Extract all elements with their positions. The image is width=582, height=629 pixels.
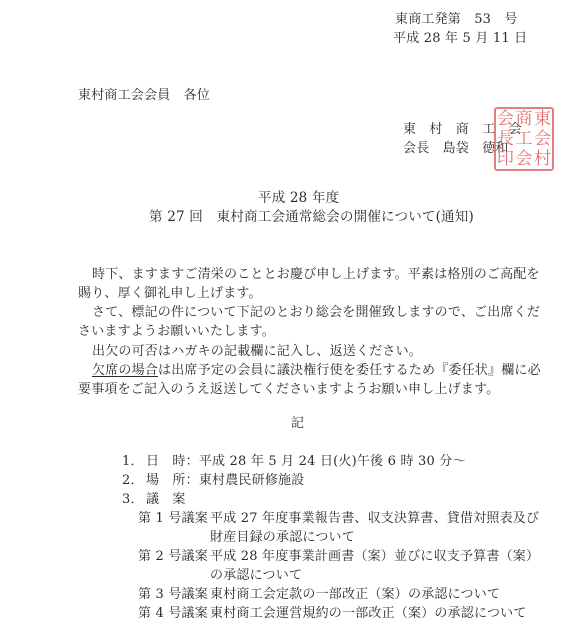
item-label: 場 所： xyxy=(146,471,199,490)
document-number: 東商工発第 53 号 xyxy=(395,10,518,29)
agenda-2-line-1: 平成 28 年度事業計画書（案）並びに収支予算書（案） xyxy=(210,547,539,566)
body-paragraph-2-line-1: さて、標記の件について下記のとおり総会を開催致しますので、ご出席くだ xyxy=(92,303,540,322)
item-venue: 2．場 所：東村農民研修施設 xyxy=(122,471,304,490)
stamp-char: 東 xyxy=(533,109,552,129)
agenda-3-line-1: 東村商工会定款の一部改正（案）の承認について xyxy=(210,585,500,604)
agenda-1-label: 第 1 号議案 xyxy=(138,509,208,528)
body-paragraph-2-line-2: さいますようお願いいたします。 xyxy=(78,322,275,341)
agenda-3-label: 第 3 号議案 xyxy=(138,585,208,604)
agenda-4-line-1: 東村商工会運営規約の一部改正（案）の承認について xyxy=(210,604,527,623)
item-label: 議 案 xyxy=(146,490,186,509)
agenda-2-line-2: の承認について xyxy=(210,566,302,585)
body-paragraph-1-line-1: 時下、ますますご清栄のこととお慶び申し上げます。平素は格別のご高配を xyxy=(92,265,540,284)
agenda-4-label: 第 4 号議案 xyxy=(138,604,208,623)
absence-note-text: は出席予定の会員に議決権行使を委任するため『委任状』欄に必 xyxy=(158,363,541,378)
stamp-char: 会 xyxy=(533,129,552,149)
item-agenda-heading: 3．議 案 xyxy=(122,490,186,509)
body-paragraph-3: 出欠の可否はハガキの記載欄に記入し、返送ください。 xyxy=(92,342,422,361)
absence-note-underlined: 欠席の場合 xyxy=(92,363,158,378)
item-label: 日 時： xyxy=(146,452,199,471)
stamp-char: 会 xyxy=(496,109,515,129)
document-date: 平成 28 年 5 月 11 日 xyxy=(393,29,527,48)
agenda-1-line-1: 平成 27 年度事業報告書、収支決算書、貸借対照表及び xyxy=(210,509,539,528)
sender-name: 会長 島袋 徳和 xyxy=(403,139,509,158)
agenda-2-label: 第 2 号議案 xyxy=(138,547,208,566)
stamp-char: 工 xyxy=(515,129,534,149)
title-year: 平成 28 年度 xyxy=(258,189,339,208)
page-title: 第 27 回 東村商工会通常総会の開催について(通知) xyxy=(149,208,474,227)
stamp-char: 村 xyxy=(533,149,552,169)
body-paragraph-1-line-2: 賜り、厚く御礼申し上げます。 xyxy=(78,284,262,303)
stamp-char: 印 xyxy=(496,149,515,169)
ki-heading: 記 xyxy=(291,414,304,433)
official-seal-stamp-icon: 会 商 東 長 工 会 印 会 村 xyxy=(494,107,554,171)
item-number: 1． xyxy=(122,452,138,471)
stamp-char: 長 xyxy=(496,129,515,149)
stamp-char: 会 xyxy=(515,149,534,169)
body-paragraph-4-line-1: 欠席の場合は出席予定の会員に議決権行使を委任するため『委任状』欄に必 xyxy=(92,361,541,380)
item-value: 平成 28 年 5 月 24 日(火)午後 6 時 30 分～ xyxy=(199,454,466,469)
body-paragraph-4-line-2: 要事項をご記入のうえ返送してくださいますようお願い申し上げます。 xyxy=(78,380,499,399)
item-datetime: 1．日 時：平成 28 年 5 月 24 日(火)午後 6 時 30 分～ xyxy=(122,452,466,471)
addressee: 東村商工会会員 各位 xyxy=(78,86,210,105)
agenda-1-line-2: 財産目録の承認について xyxy=(210,528,355,547)
stamp-char: 商 xyxy=(515,109,534,129)
item-number: 2． xyxy=(122,471,138,490)
item-value: 東村農民研修施設 xyxy=(199,473,305,488)
item-number: 3． xyxy=(122,490,138,509)
